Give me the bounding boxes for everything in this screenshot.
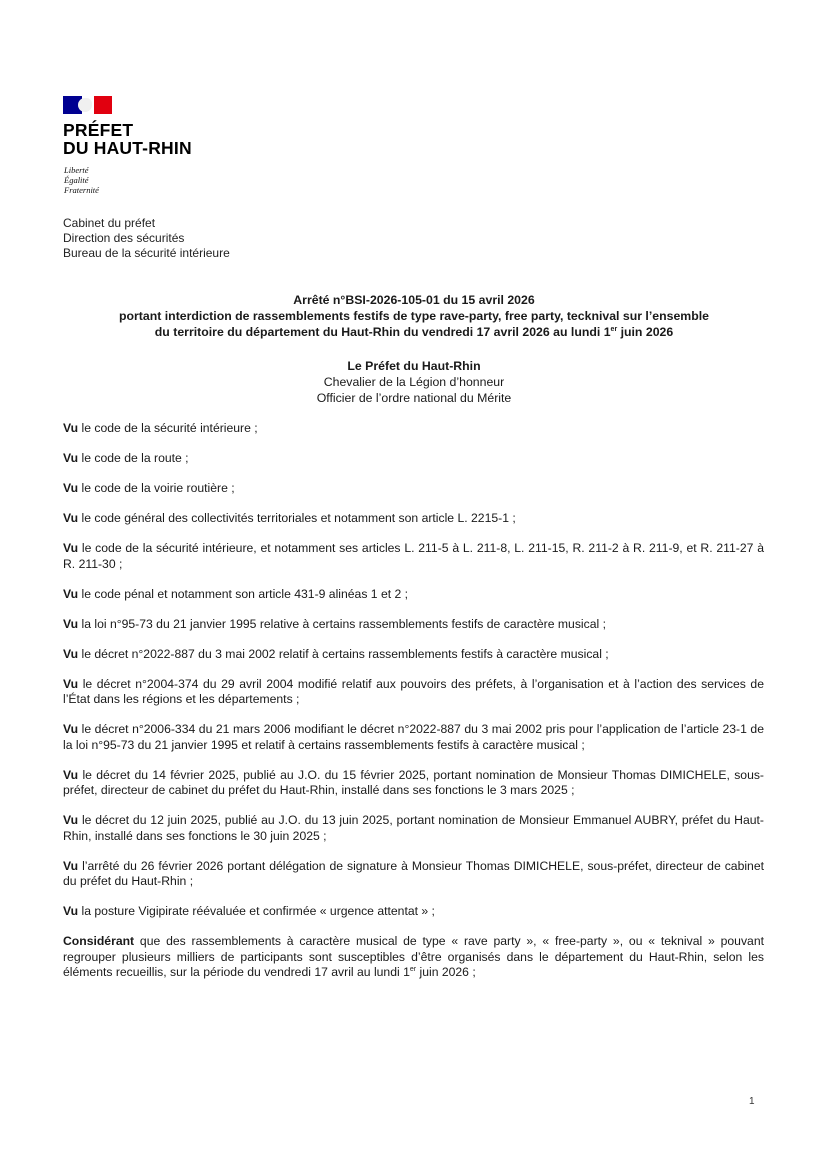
flag-white-band (82, 96, 94, 114)
prefecture-line1: PRÉFET (63, 121, 192, 139)
marianne-logo-icon (63, 96, 112, 114)
visa-paragraph: Vu la posture Vigipirate réévaluée et co… (63, 904, 764, 920)
visa-paragraph: Vu le décret du 14 février 2025, publié … (63, 768, 764, 799)
visas-list: Vu le code de la sécurité intérieure ;Vu… (63, 421, 764, 995)
visa-paragraph: Vu la loi n°95-73 du 21 janvier 1995 rel… (63, 617, 764, 633)
prefet-block: Le Préfet du Haut-Rhin Chevalier de la L… (60, 358, 768, 406)
prefet-name: Le Préfet du Haut-Rhin (60, 358, 768, 374)
prefet-distinction-merite: Officier de l’ordre national du Mérite (60, 390, 768, 406)
decree-subject-line2: du territoire du département du Haut-Rhi… (60, 324, 768, 340)
visa-paragraph: Vu le décret n°2006-334 du 21 mars 2006 … (63, 722, 764, 753)
visa-paragraph: Vu le code de la sécurité intérieure, et… (63, 541, 764, 572)
decree-subject-line1: portant interdiction de rassemblements f… (60, 308, 768, 324)
republic-motto: Liberté Égalité Fraternité (64, 165, 99, 195)
document-page: PRÉFET DU HAUT-RHIN Liberté Égalité Frat… (0, 0, 827, 1169)
service-cabinet: Cabinet du préfet (63, 216, 230, 231)
visa-paragraph: Vu le code de la route ; (63, 451, 764, 467)
considerant-paragraph: Considérant que des rassemblements à car… (63, 934, 764, 981)
visa-paragraph: Vu le décret n°2022-887 du 3 mai 2002 re… (63, 647, 764, 663)
page-number: 1 (749, 1096, 755, 1107)
prefecture-name: PRÉFET DU HAUT-RHIN (63, 121, 192, 157)
visa-paragraph: Vu le code de la sécurité intérieure ; (63, 421, 764, 437)
visa-paragraph: Vu l’arrêté du 26 février 2026 portant d… (63, 859, 764, 890)
issuing-service: Cabinet du préfet Direction des sécurité… (63, 216, 230, 261)
visa-paragraph: Vu le code pénal et notamment son articl… (63, 587, 764, 603)
decree-title: Arrêté n°BSI-2026-105-01 du 15 avril 202… (60, 292, 768, 340)
decree-number: Arrêté n°BSI-2026-105-01 du 15 avril 202… (60, 292, 768, 308)
visa-paragraph: Vu le code de la voirie routière ; (63, 481, 764, 497)
visa-paragraph: Vu le décret n°2004-374 du 29 avril 2004… (63, 677, 764, 708)
visa-paragraph: Vu le décret du 12 juin 2025, publié au … (63, 813, 764, 844)
visa-paragraph: Vu le code général des collectivités ter… (63, 511, 764, 527)
service-direction: Direction des sécurités (63, 231, 230, 246)
motto-fraternite: Fraternité (64, 185, 99, 195)
motto-liberte: Liberté (64, 165, 99, 175)
service-bureau: Bureau de la sécurité intérieure (63, 246, 230, 261)
flag-red-band (94, 96, 112, 114)
prefet-distinction-legion: Chevalier de la Légion d’honneur (60, 374, 768, 390)
motto-egalite: Égalité (64, 175, 99, 185)
prefecture-line2: DU HAUT-RHIN (63, 139, 192, 157)
